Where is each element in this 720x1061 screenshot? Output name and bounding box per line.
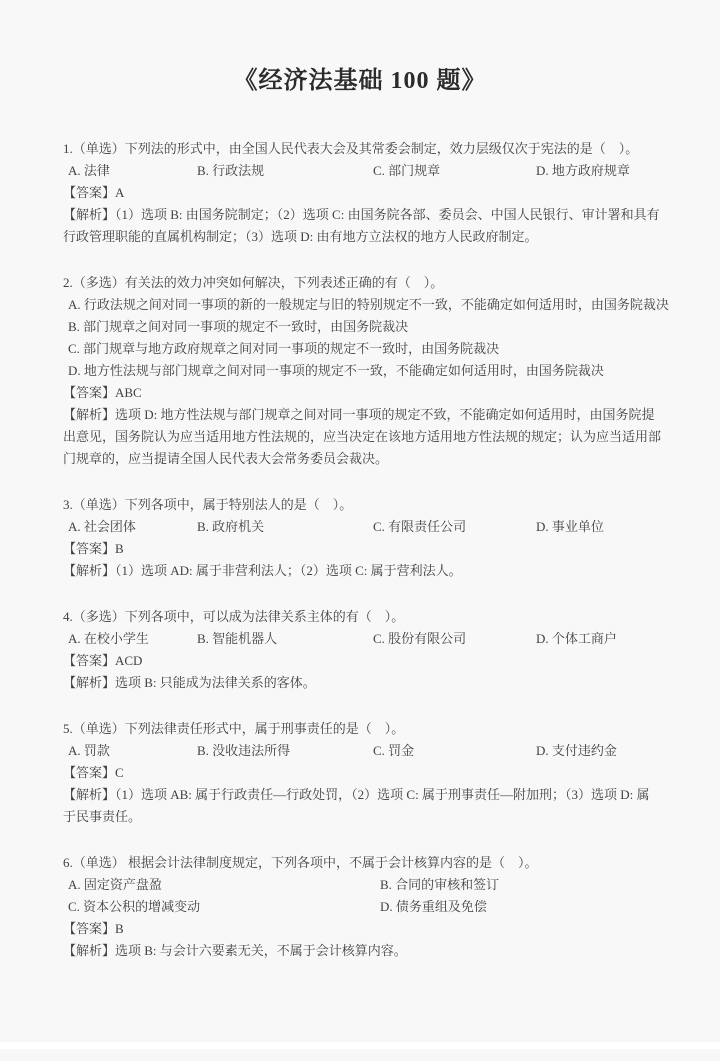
- option-row: A. 罚款 B. 没收违法所得 C. 罚金 D. 支付违约金: [63, 740, 662, 762]
- option-c: C. 部门规章: [373, 160, 536, 182]
- option-row: A. 法律 B. 行政法规 C. 部门规章 D. 地方政府规章: [63, 160, 662, 182]
- page-separator: [0, 1042, 720, 1049]
- page-title: 《经济法基础 100 题》: [0, 0, 720, 98]
- option-d: D. 债务重组及免偿: [380, 896, 662, 918]
- answer-line: 【答案】ABC: [63, 382, 662, 404]
- option-c: C. 资本公积的增减变动: [68, 896, 380, 918]
- question-block-2: 2.（多选）有关法的效力冲突如何解决，下列表述正确的有（ ）。 A. 行政法规之…: [63, 272, 662, 470]
- question-stem: 1.（单选）下列法的形式中，由全国人民代表大会及其常委会制定，效力层级仅次于宪法…: [63, 138, 662, 160]
- question-block-4: 4.（多选）下列各项中，可以成为法律关系主体的有（ ）。 A. 在校小学生 B.…: [63, 606, 662, 694]
- option-a: A. 在校小学生: [68, 628, 197, 650]
- option-a: A. 社会团体: [68, 516, 197, 538]
- option-a: A. 法律: [68, 160, 197, 182]
- analysis-text: 【解析】（1）选项 B: 由国务院制定；（2）选项 C: 由国务院各部、委员会、…: [63, 204, 662, 248]
- answer-line: 【答案】B: [63, 918, 662, 940]
- question-block-1: 1.（单选）下列法的形式中，由全国人民代表大会及其常委会制定，效力层级仅次于宪法…: [63, 138, 662, 248]
- analysis-text: 【解析】选项 D: 地方性法规与部门规章之间对同一事项的规定不致，不能确定如何适…: [63, 404, 662, 470]
- option-b: B. 合同的审核和签订: [380, 874, 662, 896]
- answer-line: 【答案】C: [63, 762, 662, 784]
- option-b: B. 部门规章之间对同一事项的规定不一致时，由国务院裁决: [63, 316, 662, 338]
- next-page-edge: [0, 1049, 720, 1061]
- answer-line: 【答案】B: [63, 538, 662, 560]
- option-c: C. 有限责任公司: [373, 516, 536, 538]
- answer-line: 【答案】ACD: [63, 650, 662, 672]
- option-c: C. 部门规章与地方政府规章之间对同一事项的规定不一致时，由国务院裁决: [63, 338, 662, 360]
- option-a: A. 固定资产盘盈: [68, 874, 380, 896]
- option-c: C. 罚金: [373, 740, 536, 762]
- question-stem: 3.（单选）下列各项中，属于特别法人的是（ ）。: [63, 494, 662, 516]
- analysis-text: 【解析】选项 B: 与会计六要素无关，不属于会计核算内容。: [63, 940, 662, 962]
- analysis-text: 【解析】选项 B: 只能成为法律关系的客体。: [63, 672, 662, 694]
- option-c: C. 股份有限公司: [373, 628, 536, 650]
- option-d: D. 地方政府规章: [536, 160, 662, 182]
- question-stem: 2.（多选）有关法的效力冲突如何解决，下列表述正确的有（ ）。: [63, 272, 662, 294]
- question-block-6: 6.（单选） 根据会计法律制度规定，下列各项中，不属于会计核算内容的是（ ）。 …: [63, 852, 662, 962]
- option-b: B. 没收违法所得: [197, 740, 373, 762]
- option-row: C. 资本公积的增减变动 D. 债务重组及免偿: [63, 896, 662, 918]
- option-b: B. 智能机器人: [197, 628, 373, 650]
- analysis-text: 【解析】（1）选项 AB: 属于行政责任—行政处罚，（2）选项 C: 属于刑事责…: [63, 784, 662, 828]
- option-d: D. 个体工商户: [536, 628, 662, 650]
- document-page: 《经济法基础 100 题》 1.（单选）下列法的形式中，由全国人民代表大会及其常…: [0, 0, 720, 1042]
- option-d: D. 支付违约金: [536, 740, 662, 762]
- option-row: A. 社会团体 B. 政府机关 C. 有限责任公司 D. 事业单位: [63, 516, 662, 538]
- question-list: 1.（单选）下列法的形式中，由全国人民代表大会及其常委会制定，效力层级仅次于宪法…: [0, 98, 720, 962]
- option-a: A. 罚款: [68, 740, 197, 762]
- question-stem: 5.（单选）下列法律责任形式中，属于刑事责任的是（ ）。: [63, 718, 662, 740]
- question-stem: 6.（单选） 根据会计法律制度规定，下列各项中，不属于会计核算内容的是（ ）。: [63, 852, 662, 874]
- option-a: A. 行政法规之间对同一事项的新的一般规定与旧的特别规定不一致，不能确定如何适用…: [63, 294, 662, 316]
- option-d: D. 事业单位: [536, 516, 662, 538]
- option-row: A. 固定资产盘盈 B. 合同的审核和签订: [63, 874, 662, 896]
- analysis-text: 【解析】（1）选项 AD: 属于非营利法人；（2）选项 C: 属于营利法人。: [63, 560, 662, 582]
- option-d: D. 地方性法规与部门规章之间对同一事项的规定不一致，不能确定如何适用时，由国务…: [63, 360, 662, 382]
- option-row: A. 在校小学生 B. 智能机器人 C. 股份有限公司 D. 个体工商户: [63, 628, 662, 650]
- question-stem: 4.（多选）下列各项中，可以成为法律关系主体的有（ ）。: [63, 606, 662, 628]
- option-b: B. 行政法规: [197, 160, 373, 182]
- option-b: B. 政府机关: [197, 516, 373, 538]
- question-block-5: 5.（单选）下列法律责任形式中，属于刑事责任的是（ ）。 A. 罚款 B. 没收…: [63, 718, 662, 828]
- answer-line: 【答案】A: [63, 182, 662, 204]
- question-block-3: 3.（单选）下列各项中，属于特别法人的是（ ）。 A. 社会团体 B. 政府机关…: [63, 494, 662, 582]
